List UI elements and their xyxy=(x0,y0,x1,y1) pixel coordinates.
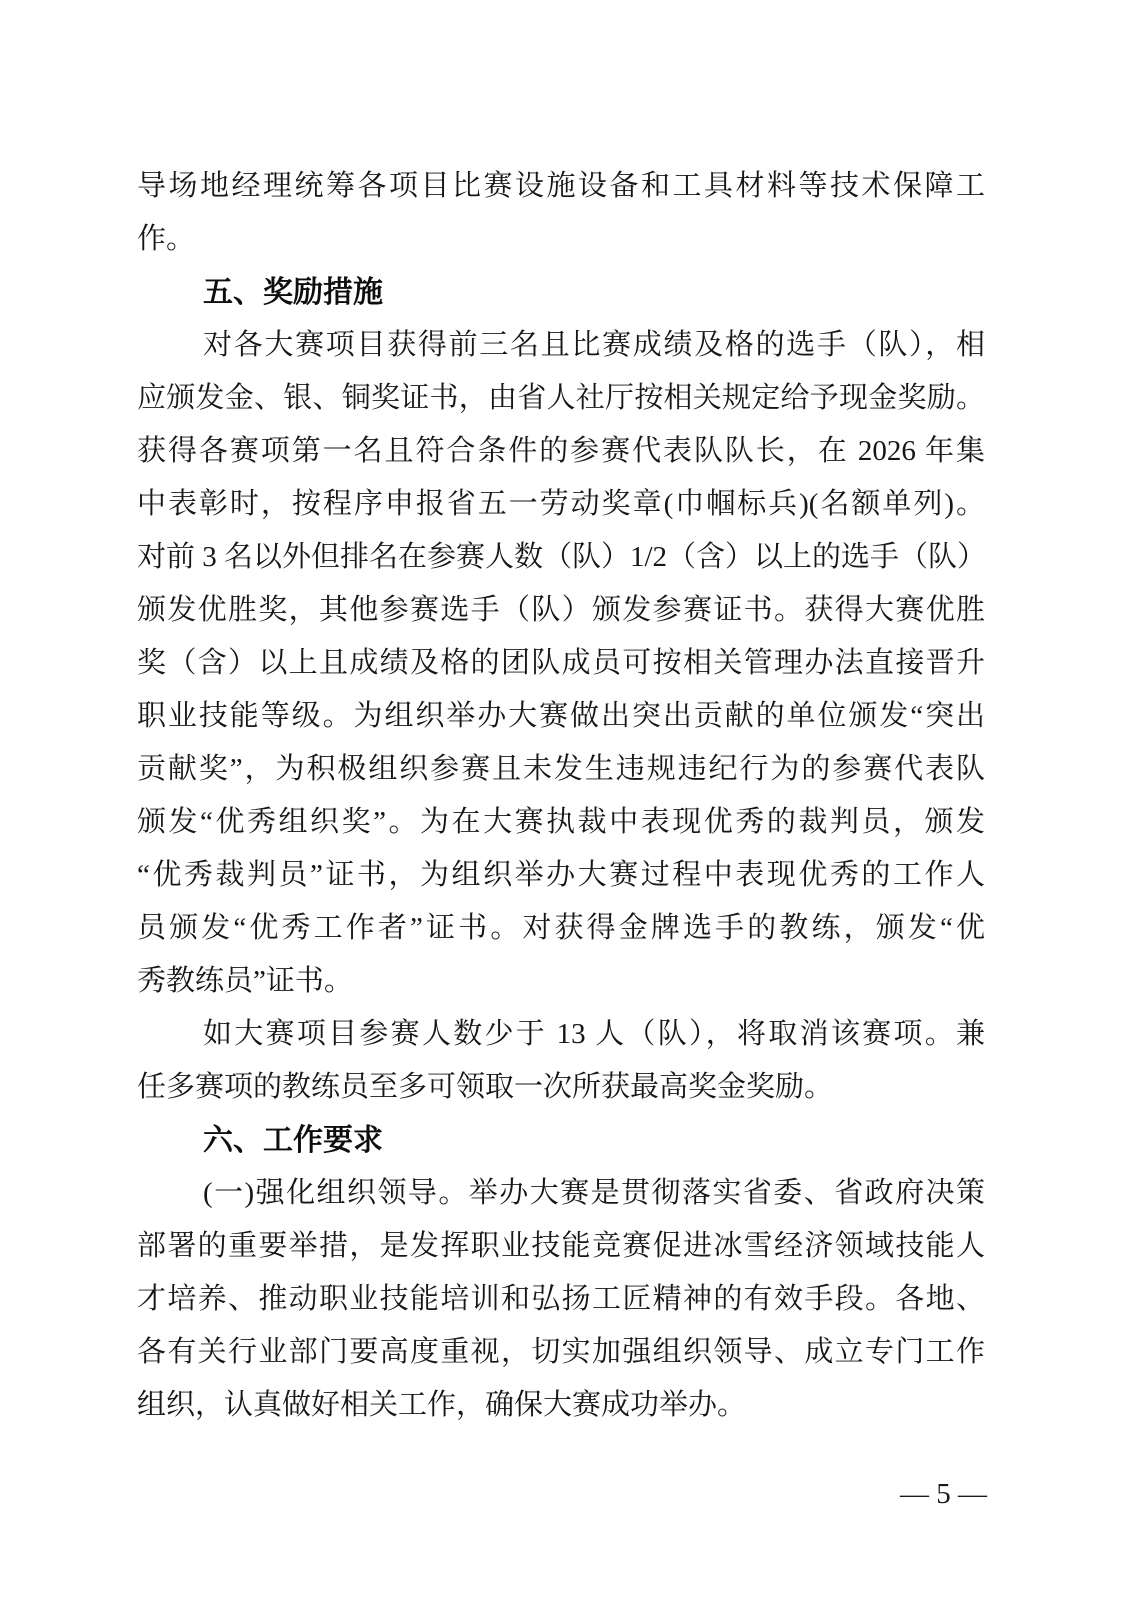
section-heading: 五、奖励措施 xyxy=(137,266,985,319)
text-line: 对各大赛项目获得前三名且比赛成绩及格的选手（队），相 xyxy=(137,319,985,372)
section-heading: 六、工作要求 xyxy=(137,1114,985,1167)
text-line: 组织，认真做好相关工作，确保大赛成功举办。 xyxy=(137,1379,985,1432)
document-content: 导场地经理统筹各项目比赛设施设备和工具材料等技术保障工作。五、奖励措施对各大赛项… xyxy=(137,160,985,1432)
text-line: 部署的重要举措，是发挥职业技能竞赛促进冰雪经济领域技能人 xyxy=(137,1220,985,1273)
text-line: 奖（含）以上且成绩及格的团队成员可按相关管理办法直接晋升 xyxy=(137,637,985,690)
text-line: 任多赛项的教练员至多可领取一次所获最高奖金奖励。 xyxy=(137,1061,985,1114)
text-line: 对前 3 名以外但排名在参赛人数（队）1/2（含）以上的选手（队） xyxy=(137,531,985,584)
text-line: 职业技能等级。为组织举办大赛做出突出贡献的单位颁发“突出 xyxy=(137,690,985,743)
text-line: “优秀裁判员”证书，为组织举办大赛过程中表现优秀的工作人 xyxy=(137,849,985,902)
text-line: 颁发优胜奖，其他参赛选手（队）颁发参赛证书。获得大赛优胜 xyxy=(137,584,985,637)
text-line: 秀教练员”证书。 xyxy=(137,955,985,1008)
text-line: 中表彰时，按程序申报省五一劳动奖章(巾帼标兵)(名额单列)。 xyxy=(137,478,985,531)
page-number: — 5 — xyxy=(900,1468,987,1521)
text-line: 贡献奖”，为积极组织参赛且未发生违规违纪行为的参赛代表队 xyxy=(137,743,985,796)
text-line: 获得各赛项第一名且符合条件的参赛代表队队长，在 2026 年集 xyxy=(137,425,985,478)
document-page: 导场地经理统筹各项目比赛设施设备和工具材料等技术保障工作。五、奖励措施对各大赛项… xyxy=(0,0,1131,1600)
text-line: 导场地经理统筹各项目比赛设施设备和工具材料等技术保障工 xyxy=(137,160,985,213)
text-line: 应颁发金、银、铜奖证书，由省人社厅按相关规定给予现金奖励。 xyxy=(137,372,985,425)
text-line: 作。 xyxy=(137,213,985,266)
text-line: 才培养、推动职业技能培训和弘扬工匠精神的有效手段。各地、 xyxy=(137,1273,985,1326)
text-line: 颁发“优秀组织奖”。为在大赛执裁中表现优秀的裁判员，颁发 xyxy=(137,796,985,849)
text-line: 各有关行业部门要高度重视，切实加强组织领导、成立专门工作 xyxy=(137,1326,985,1379)
text-line: 如大赛项目参赛人数少于 13 人（队），将取消该赛项。兼 xyxy=(137,1008,985,1061)
text-line: (一)强化组织领导。举办大赛是贯彻落实省委、省政府决策 xyxy=(137,1167,985,1220)
text-line: 员颁发“优秀工作者”证书。对获得金牌选手的教练，颁发“优 xyxy=(137,902,985,955)
